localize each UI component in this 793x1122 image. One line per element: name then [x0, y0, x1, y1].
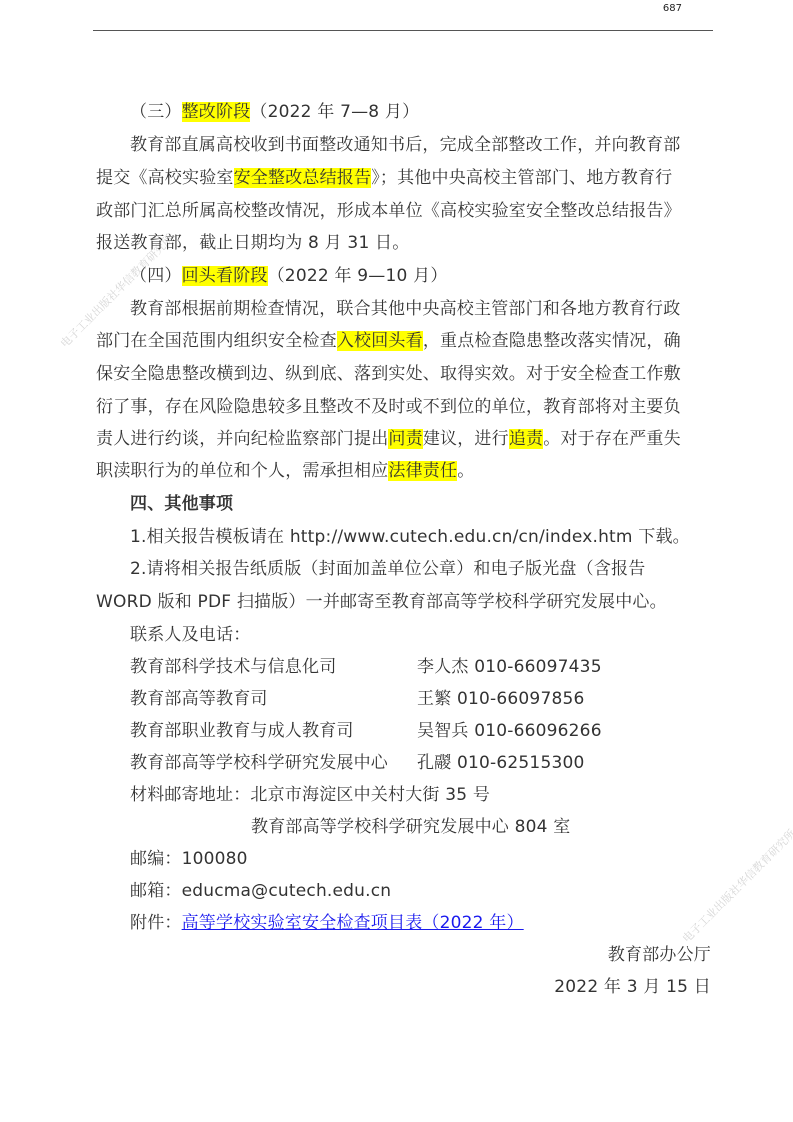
phase3-period: （2022 年 7—8 月） — [250, 102, 419, 122]
highlight-accountability: 问责 — [388, 429, 422, 449]
signature-date: 2022 年 3 月 15 日 — [554, 976, 711, 998]
phase4-title: 回头看阶段 — [182, 266, 268, 286]
contact-dept: 教育部高等教育司 — [130, 688, 268, 710]
address-line2: 教育部高等学校科学研究发展中心 804 室 — [251, 816, 570, 838]
phase4-period: （2022 年 9—10 月） — [268, 266, 448, 286]
highlight-legal: 法律责任 — [388, 461, 457, 481]
phase4-prefix: （四） — [130, 266, 182, 286]
phase3-para-line3: 政部门汇总所属高校整改情况，形成本单位《高校实验室安全整改总结报告》 — [96, 200, 681, 222]
text-segment: 建议，进行 — [423, 429, 509, 449]
text-segment: 。 — [457, 461, 474, 481]
address-line1: 材料邮寄地址：北京市海淀区中关村大街 35 号 — [130, 784, 490, 806]
contact-person-phone: 李人杰 010-66097435 — [417, 656, 602, 678]
contact-dept: 教育部高等学校科学研究发展中心 — [130, 752, 388, 774]
contact-dept: 教育部职业教育与成人教育司 — [130, 720, 354, 742]
phase4-para-line4: 衍了事，存在风险隐患较多且整改不及时或不到位的单位，教育部将对主要负 — [96, 396, 681, 418]
contact-dept: 教育部科学技术与信息化司 — [130, 656, 336, 678]
contact-person-phone: 王繁 010-66097856 — [417, 688, 585, 710]
phase3-para-line2: 提交《高校实验室安全整改总结报告》；其他中央高校主管部门、地方教育行 — [96, 167, 672, 189]
phase3-prefix: （三） — [130, 102, 182, 122]
attachment-label: 附件： — [130, 913, 182, 933]
phase3-heading: （三）整改阶段（2022 年 7—8 月） — [130, 101, 419, 123]
other-item2-line2: WORD 版和 PDF 扫描版）一并邮寄至教育部高等学校科学研究发展中心。 — [96, 591, 667, 613]
highlight-pursue: 追责 — [509, 429, 543, 449]
phase4-para-line6: 职渎职行为的单位和个人，需承担相应法律责任。 — [96, 460, 474, 482]
attachment-link[interactable]: 高等学校实验室安全检查项目表（2022 年） — [182, 913, 524, 933]
phase3-para-line4: 报送教育部，截止日期均为 8 月 31 日。 — [96, 232, 409, 254]
other-item2-line1: 2.请将相关报告纸质版（封面加盖单位公章）和电子版光盘（含报告 — [130, 558, 645, 580]
contact-person-phone: 孔鬷 010-62515300 — [417, 752, 585, 774]
phase4-para-line5: 责人进行约谈，并向纪检监察部门提出问责建议，进行追责。对于存在严重失 — [96, 428, 681, 450]
text-segment: ，重点检查隐患整改落实情况，确 — [423, 331, 681, 351]
page-number: 687 — [663, 3, 682, 14]
phase4-para-line2: 部门在全国范围内组织安全检查入校回头看，重点检查隐患整改落实情况，确 — [96, 330, 681, 352]
other-heading: 四、其他事项 — [130, 493, 233, 515]
phase3-para-line1: 教育部直属高校收到书面整改通知书后，完成全部整改工作，并向教育部 — [130, 134, 680, 156]
highlight-report: 安全整改总结报告 — [234, 168, 372, 188]
highlight-revisit: 入校回头看 — [337, 331, 423, 351]
email: 邮箱：educma@cutech.edu.cn — [130, 880, 391, 902]
phase4-heading: （四）回头看阶段（2022 年 9—10 月） — [130, 265, 448, 287]
text-segment: 。对于存在严重失 — [543, 429, 681, 449]
text-segment: 责人进行约谈，并向纪检监察部门提出 — [96, 429, 388, 449]
contacts-label: 联系人及电话： — [130, 624, 250, 646]
watermark-right: 电子工业出版社华信教育研究所 — [679, 826, 793, 946]
attachment: 附件：高等学校实验室安全检查项目表（2022 年） — [130, 912, 524, 934]
postcode: 邮编：100080 — [130, 848, 248, 870]
text-segment: 提交《高校实验室 — [96, 168, 234, 188]
text-segment: 部门在全国范围内组织安全检查 — [96, 331, 337, 351]
signature-org: 教育部办公厅 — [608, 944, 711, 966]
other-item1: 1.相关报告模板请在 http://www.cutech.edu.cn/cn/i… — [130, 526, 690, 548]
phase4-para-line1: 教育部根据前期检查情况，联合其他中央高校主管部门和各地方教育行政 — [130, 298, 680, 320]
text-segment: 职渎职行为的单位和个人，需承担相应 — [96, 461, 388, 481]
contact-person-phone: 吴智兵 010-66096266 — [417, 720, 602, 742]
phase3-title: 整改阶段 — [182, 102, 251, 122]
phase4-para-line3: 保安全隐患整改横到边、纵到底、落到实处、取得实效。对于安全检查工作敷 — [96, 363, 681, 385]
header-rule — [93, 30, 713, 31]
text-segment: 》；其他中央高校主管部门、地方教育行 — [371, 168, 672, 188]
